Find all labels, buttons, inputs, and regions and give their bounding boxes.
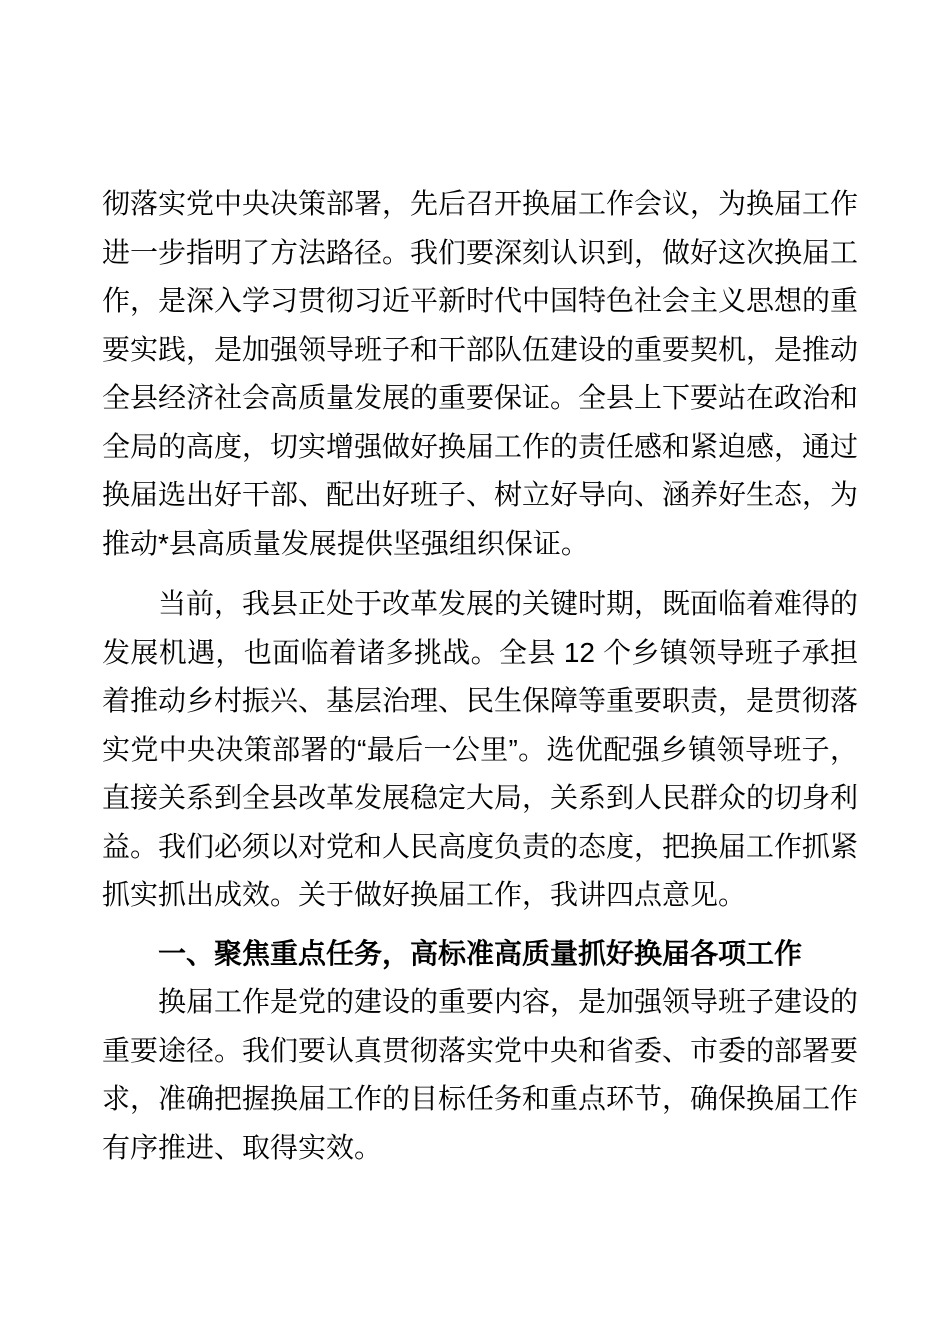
paragraph-continuation: 彻落实党中央决策部署，先后召开换届工作会议，为换届工作进一步指明了方法路径。我们… [102,180,858,568]
paragraph-section-body: 换届工作是党的建设的重要内容，是加强领导班子建设的重要途径。我们要认真贯彻落实党… [102,978,858,1172]
document-body: 彻落实党中央决策部署，先后召开换届工作会议，为换届工作进一步指明了方法路径。我们… [102,0,858,1172]
document-page: 彻落实党中央决策部署，先后召开换届工作会议，为换届工作进一步指明了方法路径。我们… [0,0,950,1344]
paragraph-current-situation: 当前，我县正处于改革发展的关键时期，既面临着难得的发展机遇，也面临着诸多挑战。全… [102,580,858,920]
section-heading-1: 一、聚焦重点任务，高标准高质量抓好换届各项工作 [102,930,858,979]
